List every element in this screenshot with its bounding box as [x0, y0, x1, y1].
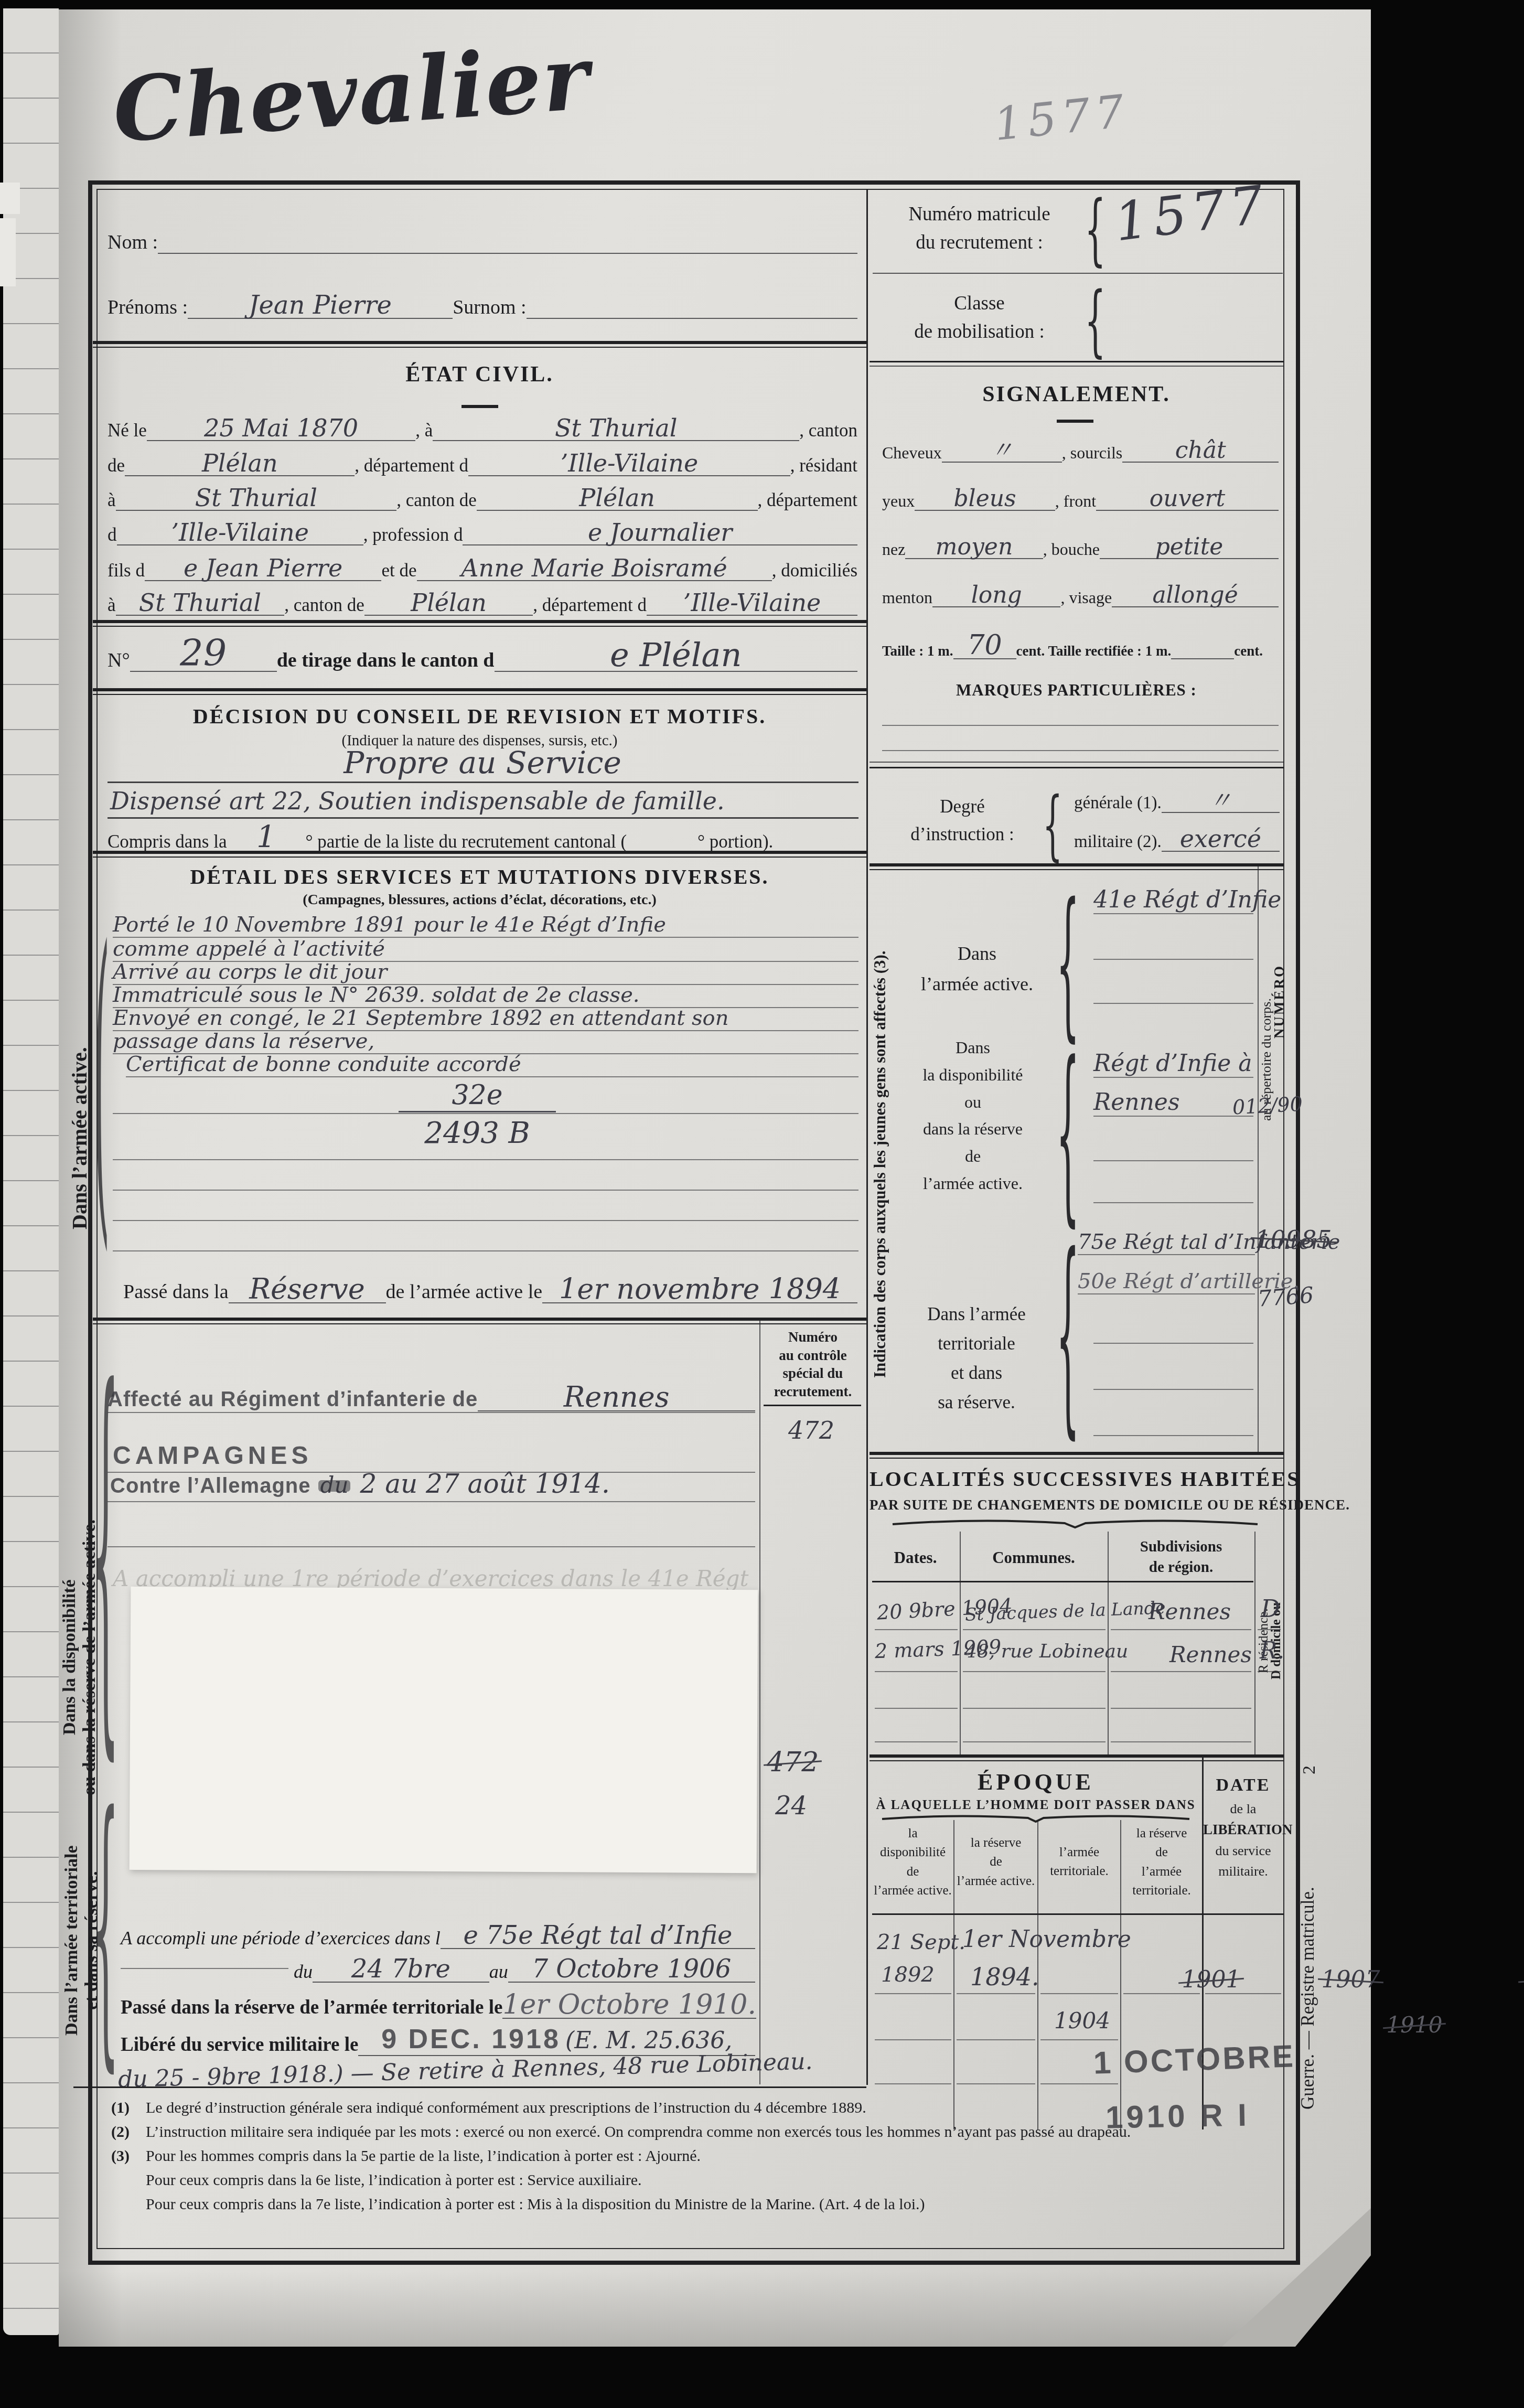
campagnes-stamp: CAMPAGNES [113, 1441, 312, 1470]
label: nez [882, 540, 905, 559]
label: cent. Taille rectifiée : 1 m. [1016, 643, 1172, 659]
label: , bouche [1043, 540, 1100, 559]
services-title: DÉTAIL DES SERVICES ET MUTATIONS DIVERSE… [93, 864, 866, 889]
controle-header-line: au contrôle [761, 1346, 864, 1365]
rule [1040, 1993, 1118, 1994]
footnote-3: Pour les hommes compris dans la 5e parti… [146, 2147, 701, 2165]
epoque-v3-struck: 1901 [1182, 1966, 1241, 1993]
col-header-subdivisions: Subdivisions de région. [1109, 1537, 1253, 1578]
label: de tirage dans le canton d [277, 649, 495, 672]
value: 7 Octobre 1906 [508, 1957, 755, 1983]
footnote-marker-1: (1) [111, 2099, 130, 2117]
rule [108, 782, 858, 783]
rule [1040, 2083, 1118, 2084]
campagne-line: Contre l’Allemagne du 2 au 27 août 1914. [110, 1469, 758, 1499]
service-annotation-2: 2493 B [367, 1116, 587, 1150]
label: territoriale. [1038, 1862, 1120, 1881]
localites-subtitle: PAR SUITE DE CHANGEMENTS DE DOMICILE OU … [870, 1497, 1283, 1513]
label: de [872, 1863, 953, 1881]
label: l’armée active. [901, 969, 1053, 1000]
label: Cheveux [882, 443, 942, 463]
campagne-dates: 2 au 27 août 1914. [360, 1469, 609, 1499]
label: de la [1203, 1799, 1283, 1819]
localites-title: LOCALITÉS SUCCESSIVES HABITÉES [870, 1467, 1283, 1491]
service-line-1: Porté le 10 Novembre 1891 pour le 41e Ré… [113, 913, 858, 938]
scanned-military-register-page: 1577 Chevalier Nom : Prénoms : Jean Pier… [0, 0, 1524, 2408]
libere-note: (E. M. 25.636, [565, 2027, 732, 2054]
rule [113, 1159, 858, 1160]
value: 1er novembre 1894 [542, 1276, 857, 1303]
value: Plélan [364, 592, 533, 616]
rule [93, 620, 866, 627]
label: , département d [355, 455, 468, 476]
label: Dans [892, 1034, 1054, 1062]
localites-row1-dr: D [1261, 1594, 1280, 1623]
passe-territoriale-line: Passé dans la réserve de l’armée territo… [121, 1992, 755, 2019]
rule [1111, 1741, 1251, 1742]
service-line-5: Envoyé en congé, le 21 Septembre 1892 en… [113, 1006, 858, 1031]
label: Dans [901, 939, 1053, 969]
rule [872, 1581, 1253, 1582]
marques-title: MARQUES PARTICULIÈRES : [870, 681, 1283, 700]
label: , canton [799, 420, 857, 441]
rule [93, 341, 866, 348]
rule [113, 1113, 858, 1114]
rule [1205, 1993, 1281, 1994]
rule [870, 361, 1283, 362]
label: l’armée [1038, 1843, 1120, 1862]
label: fils d [108, 560, 145, 581]
label: Taille : 1 m. [882, 643, 953, 659]
label: Subdivisions [1109, 1537, 1253, 1557]
tirage-number: 29 [130, 636, 277, 672]
footnote-marker-3: (3) [111, 2147, 130, 2165]
label: ou [892, 1089, 1054, 1116]
epoque-col2-header: la réserve de l’armée active. [954, 1834, 1037, 1891]
epoque-col3-header: l’armée territoriale. [1038, 1843, 1120, 1881]
label: , canton de [396, 490, 477, 511]
decision-value-1: Propre au Service [157, 745, 808, 780]
service-annotation-1: 32e [399, 1079, 556, 1112]
surnom-line [527, 318, 857, 319]
struck-word: du [320, 1472, 349, 1498]
taille-line: Taille : 1 m. 70 cent. Taille rectifiée … [882, 633, 1279, 659]
field-classe-label: Classe de mobilisation : [878, 290, 1080, 346]
value: allongé [1112, 584, 1279, 607]
affecte-value: Rennes [478, 1384, 755, 1411]
label: l’armée active. [954, 1872, 1037, 1891]
prenoms-label: Prénoms : [108, 296, 188, 319]
controle-header-line: Numéro [761, 1328, 864, 1346]
value: ’Ille-Vilaine [468, 452, 790, 476]
corps-terr-value-2: 50e Régt d’artillerie. [1078, 1269, 1255, 1294]
contre-stamp: Contre l’Allemagne [110, 1474, 311, 1497]
label: territoriale. [1121, 1881, 1202, 1900]
rule [108, 817, 858, 819]
label: LIBÉRATION [1203, 1819, 1283, 1840]
label: , sourcils [1062, 443, 1123, 463]
brace-ornament: { [1056, 882, 1080, 1044]
rule [873, 273, 1283, 274]
rule [870, 366, 1283, 367]
label: Né le [108, 420, 147, 441]
rule [1093, 959, 1253, 960]
controle-value: 472 [761, 1416, 861, 1444]
tirage-canton: e Plélan [495, 640, 858, 672]
taille-value: 70 [953, 633, 1016, 659]
rule [875, 1993, 951, 1994]
rule [1093, 1003, 1253, 1004]
rule [875, 2083, 951, 2084]
corps-terr-value-1: 75e Régt tal d’Infanterie [1078, 1230, 1255, 1255]
rule [875, 2039, 951, 2040]
margin-paren-ornament: ( [93, 910, 110, 1254]
service-line-4: Immatriculé sous le N° 2639. soldat de 2… [113, 983, 858, 1008]
passage-reserve-line: Passé dans la Réserve de l’armée active … [123, 1276, 857, 1303]
rule [963, 1629, 1106, 1630]
epoque-v1-line1: 21 Sept. [877, 1930, 965, 1954]
value: long [932, 584, 1060, 607]
rule [1093, 1435, 1253, 1436]
controle-header-line: spécial du [761, 1364, 864, 1383]
decision-title: DÉCISION DU CONSEIL DE REVISION ET MOTIF… [93, 704, 866, 729]
compris-line: Compris dans la 1 ° partie de la liste d… [108, 822, 857, 852]
rule [1111, 1671, 1251, 1672]
repertoire-number-struck: 10985 [1255, 1225, 1332, 1254]
label: Compris dans la [108, 831, 227, 852]
value: moyen [905, 536, 1043, 559]
label: et dans [898, 1358, 1055, 1388]
value: exercé [1162, 828, 1280, 852]
rule [1093, 1389, 1253, 1390]
label: de [954, 1853, 1037, 1871]
service-line-7: Certificat de bonne conduite accordé [126, 1052, 858, 1077]
rule [875, 1629, 958, 1630]
controle-column-divider [759, 1321, 760, 2084]
label: générale (1). [1074, 794, 1162, 813]
rule [1258, 1671, 1281, 1672]
label: militaire (2). [1074, 832, 1162, 852]
epoque-v3-new: 1904 [1054, 2008, 1110, 2034]
localites-row2-subdiv: Rennes [1169, 1642, 1252, 1667]
epoque-v2-line2: 1894. [970, 1963, 1039, 1991]
rule [963, 1741, 1106, 1742]
corps-dispo-label: Dans la disponibilité ou dans la réserve… [892, 1034, 1054, 1197]
col-header-dates: Dates. [872, 1548, 959, 1567]
label: sa réserve. [898, 1388, 1055, 1417]
value: Plélan [477, 487, 758, 511]
matricule-label-1: Numéro matricule [878, 200, 1080, 229]
rule [875, 1671, 958, 1672]
rule [121, 1968, 288, 1969]
localites-row2-commune: 48, rue Lobineau [965, 1641, 1128, 1662]
signalement-title: SIGNALEMENT. [870, 382, 1283, 407]
label: l’armée active. [872, 1881, 953, 1900]
corps-caption-left: Indication des corps auxquels les jeunes… [871, 881, 889, 1448]
rule [113, 1250, 858, 1251]
footnote-4: Pour ceux compris dans la 6e liste, l’in… [146, 2171, 642, 2189]
decision-value-2: Dispensé art 22, Soutien indispensable d… [110, 787, 725, 815]
label: , domiciliés [772, 560, 857, 581]
corps-active-label: Dans l’armée active. [901, 939, 1053, 999]
value: e Jean Pierre [145, 557, 381, 581]
value: e 75e Régt tal d’Infie [441, 1924, 755, 1949]
value: 25 Mai 1870 [147, 417, 415, 441]
paper-paste-over [130, 1587, 758, 1873]
label: , à [415, 420, 433, 441]
prenoms-value: Jean Pierre [188, 294, 453, 319]
margin-brace-ornament: { [92, 1781, 119, 2074]
rule [870, 767, 1283, 768]
value: St Thurial [433, 417, 799, 441]
corps-caption-right-2: au répertoire du corps. [1259, 886, 1274, 1233]
rule [1111, 1629, 1251, 1630]
value: bleus [915, 488, 1055, 511]
matricule-label-2: du recrutement : [878, 229, 1080, 257]
label: de [892, 1143, 1054, 1170]
service-line-2: comme appelé à l’activité [113, 937, 858, 962]
label: de [1121, 1843, 1202, 1862]
rule [882, 725, 1279, 726]
rule [872, 1913, 1283, 1915]
value: 24 7bre [313, 1957, 489, 1983]
label: Dans l’armée [898, 1300, 1055, 1329]
value: 1er Octobre 1910. [502, 1992, 756, 2019]
label: dans la réserve [892, 1116, 1054, 1143]
controle-header-line: recrutement. [761, 1383, 864, 1401]
rule [73, 2086, 866, 2088]
epoque-v4-struck2: 1910 [1387, 2012, 1443, 2038]
value: St Thurial [116, 487, 397, 511]
rule [963, 1671, 1106, 1672]
label: Passé dans la [123, 1280, 229, 1303]
margin-register-caption: Guerre. — Registre matricule. [1297, 1799, 1318, 2198]
rule [1093, 1202, 1253, 1203]
etat-civil-title: ÉTAT CIVIL. [93, 362, 866, 387]
liberation-stamp-line2: 1910 R I [1105, 2097, 1250, 2136]
label: à [108, 490, 116, 511]
footnote-1: Le degré d’instruction générale sera ind… [146, 2099, 866, 2117]
value: e Journalier [463, 521, 857, 545]
rule [870, 762, 1283, 763]
label: de l’armée active le [386, 1280, 543, 1303]
page-edge-fragment [0, 183, 20, 214]
corps-terr-label: Dans l’armée territoriale et dans sa rés… [898, 1300, 1055, 1417]
label: N° [108, 649, 130, 672]
value: chât [1122, 440, 1279, 463]
label: du service [1203, 1840, 1283, 1861]
label: ° partie de la liste du recrutement cant… [305, 831, 627, 852]
services-subtitle: (Campagnes, blessures, actions d’éclat, … [93, 892, 866, 908]
value: ’Ille-Vilaine [117, 521, 363, 545]
value: ’Ille-Vilaine [647, 592, 857, 616]
value: 〃 [942, 440, 1062, 463]
label: la disponibilité [892, 1062, 1054, 1089]
rule [1093, 1343, 1253, 1344]
title-dash [1057, 420, 1093, 423]
page-bottom-shadow [59, 2271, 1371, 2347]
footnote-5: Pour ceux compris dans la 7e liste, l’in… [146, 2196, 925, 2213]
corps-active-value: 41e Régt d’Infie [1093, 886, 1253, 914]
libere-line: Libéré du service militaire le 9 DEC. 19… [121, 2024, 755, 2056]
rule [1258, 1629, 1281, 1630]
label: la réserve [954, 1834, 1037, 1853]
label: de [108, 455, 125, 476]
epoque-subtitle: À LAQUELLE L’HOMME DOIT PASSER DANS [870, 1798, 1202, 1813]
value: ouvert [1096, 488, 1279, 511]
sig-line-1: Cheveux 〃 , sourcils chât [882, 440, 1279, 463]
field-matricule-label: Numéro matricule du recrutement : [878, 200, 1080, 256]
label: ° portion). [697, 831, 773, 852]
table-divider [1254, 1532, 1255, 1754]
brace-ornament: { [1043, 788, 1062, 863]
label: , département [758, 490, 857, 511]
epoque-col1-header: la disponibilité de l’armée active. [872, 1824, 953, 1900]
value: Plélan [125, 452, 355, 476]
brace-ornament: { [1085, 283, 1106, 360]
etat-line-2: de Plélan , département d ’Ille-Vilaine … [108, 452, 857, 476]
rule [957, 1993, 1035, 1994]
brace-ornament: { [1056, 1037, 1080, 1228]
rule [875, 1708, 958, 1709]
brace-ornament: { [1056, 1227, 1080, 1440]
etat-line-3: à St Thurial , canton de Plélan , départ… [108, 487, 857, 511]
field-nom: Nom : [108, 231, 857, 254]
epoque-title: ÉPOQUE [870, 1769, 1202, 1795]
rule [963, 1708, 1106, 1709]
rule [113, 1190, 858, 1191]
nom-line [158, 253, 857, 254]
etat-line-4: d ’Ille-Vilaine , profession d e Journal… [108, 521, 857, 545]
rule [93, 851, 866, 858]
rule [108, 1501, 755, 1502]
previous-page-edge [3, 8, 59, 2335]
label: cent. [1234, 643, 1263, 659]
label: du [294, 1961, 313, 1983]
label: , résidant [790, 455, 857, 476]
liberation-stamp-line1: 1 OCTOBRE [1093, 2038, 1296, 2081]
epoque-v5-struck: 1916 [1522, 1965, 1524, 1993]
label: militaire. [1203, 1861, 1283, 1881]
taille-rectifiee-blank [1171, 658, 1234, 659]
label: au [489, 1961, 508, 1983]
label: d [108, 525, 117, 545]
repertoire-number-1: 012/90 [1232, 1093, 1303, 1119]
partie-number: 1 [227, 822, 305, 852]
rule [957, 2083, 1035, 2084]
affecte-stamp: Affecté au Régiment d’infanterie de [108, 1388, 478, 1411]
rule [108, 1546, 755, 1547]
label: à [108, 595, 116, 616]
nom-label: Nom : [108, 231, 158, 254]
instruction-militaire: militaire (2). exercé [1074, 828, 1280, 852]
rule [1123, 1993, 1200, 1994]
column-divider [866, 189, 868, 2085]
page-edge-fragment [0, 218, 16, 286]
value: St Thurial [116, 592, 285, 616]
field-prenoms: Prénoms : Jean Pierre Surnom : [108, 294, 857, 319]
value: 〃 [1162, 790, 1280, 813]
label: la [872, 1824, 953, 1843]
label: disponibilité [872, 1843, 953, 1862]
col-header-communes: Communes. [961, 1548, 1107, 1567]
swash-ornament [892, 1517, 1259, 1531]
label: de région. [1109, 1557, 1253, 1578]
value: Anne Marie Boisramé [417, 557, 772, 581]
label: DATE [1203, 1772, 1283, 1799]
controle-header: Numéro au contrôle spécial du recrutemen… [761, 1328, 864, 1400]
classe-label-2: de mobilisation : [878, 318, 1080, 346]
label: yeux [882, 491, 915, 511]
sig-line-4: menton long , visage allongé [882, 584, 1279, 607]
label: la réserve [1121, 1824, 1202, 1843]
epoque-v2-line1: 1er Novembre [962, 1926, 1131, 1953]
affecte-line: Affecté au Régiment d’infanterie de Renn… [108, 1384, 755, 1411]
label: et de [381, 560, 416, 581]
rule [875, 1741, 958, 1742]
periode-dates-line: du 24 7bre au 7 Octobre 1906 [294, 1957, 755, 1983]
sig-line-2: yeux bleus , front ouvert [882, 488, 1279, 511]
swash-ornament [881, 1813, 1190, 1824]
epoque-col4-header: la réserve de l’armée territoriale. [1121, 1824, 1202, 1900]
label: , front [1055, 491, 1096, 511]
rule [113, 1220, 858, 1221]
localites-row1-subdiv: Rennes [1149, 1599, 1231, 1624]
rule [93, 688, 866, 695]
rule [93, 1318, 866, 1324]
rule [1040, 2039, 1118, 2040]
label: menton [882, 588, 932, 607]
service-line-6: passage dans la réserve, [113, 1029, 858, 1054]
instruction-label: Degré d’instruction : [892, 793, 1033, 848]
footnote-2: L’instruction militaire sera indiquée pa… [146, 2123, 1131, 2141]
tirage-line: N° 29 de tirage dans le canton d e Pléla… [108, 636, 857, 672]
label: , canton de [284, 595, 364, 616]
etat-line-6: à St Thurial , canton de Plélan , départ… [108, 592, 857, 616]
repertoire-number-2: 7766 [1257, 1282, 1314, 1311]
number-below: 24 [775, 1791, 807, 1821]
rule [764, 1405, 861, 1406]
margin-label-territoriale-1: Dans l’armée territoriale [62, 1804, 82, 2077]
brace-ornament: { [1085, 192, 1106, 269]
rule [870, 1754, 1283, 1761]
date-stamp: 9 DEC. 1918 [381, 2024, 561, 2054]
footnote-marker-2: (2) [111, 2123, 130, 2141]
etat-line-1: Né le 25 Mai 1870 , à St Thurial , canto… [108, 417, 857, 441]
etat-line-5: fils d e Jean Pierre et de Anne Marie Bo… [108, 557, 857, 581]
label: l’armée active. [892, 1170, 1054, 1197]
value: Réserve [229, 1276, 386, 1303]
label: A accompli une période d’exercices dans … [121, 1927, 441, 1949]
rule [870, 1452, 1283, 1459]
struck-number: 472 [767, 1747, 819, 1778]
periode-exercices-line: A accompli une période d’exercices dans … [121, 1924, 755, 1949]
epoque-date-header: DATE de la LIBÉRATION du service militai… [1203, 1772, 1283, 1881]
rule [957, 2039, 1035, 2040]
label: d’instruction : [892, 821, 1033, 849]
surnom-label: Surnom : [453, 296, 526, 319]
rule [882, 750, 1279, 751]
margin-page-number: 2 [1300, 1752, 1319, 1789]
service-line-3: Arrivé au corps le dit jour [113, 960, 858, 985]
epoque-v4-struck: 1907 [1322, 1966, 1380, 1993]
sig-line-3: nez moyen , bouche petite [882, 536, 1279, 559]
label: Passé dans la réserve de l’armée territo… [121, 1996, 502, 2019]
label: Degré [892, 793, 1033, 821]
rule [1111, 1708, 1251, 1709]
value: petite [1100, 536, 1279, 559]
title-dash [462, 405, 498, 408]
